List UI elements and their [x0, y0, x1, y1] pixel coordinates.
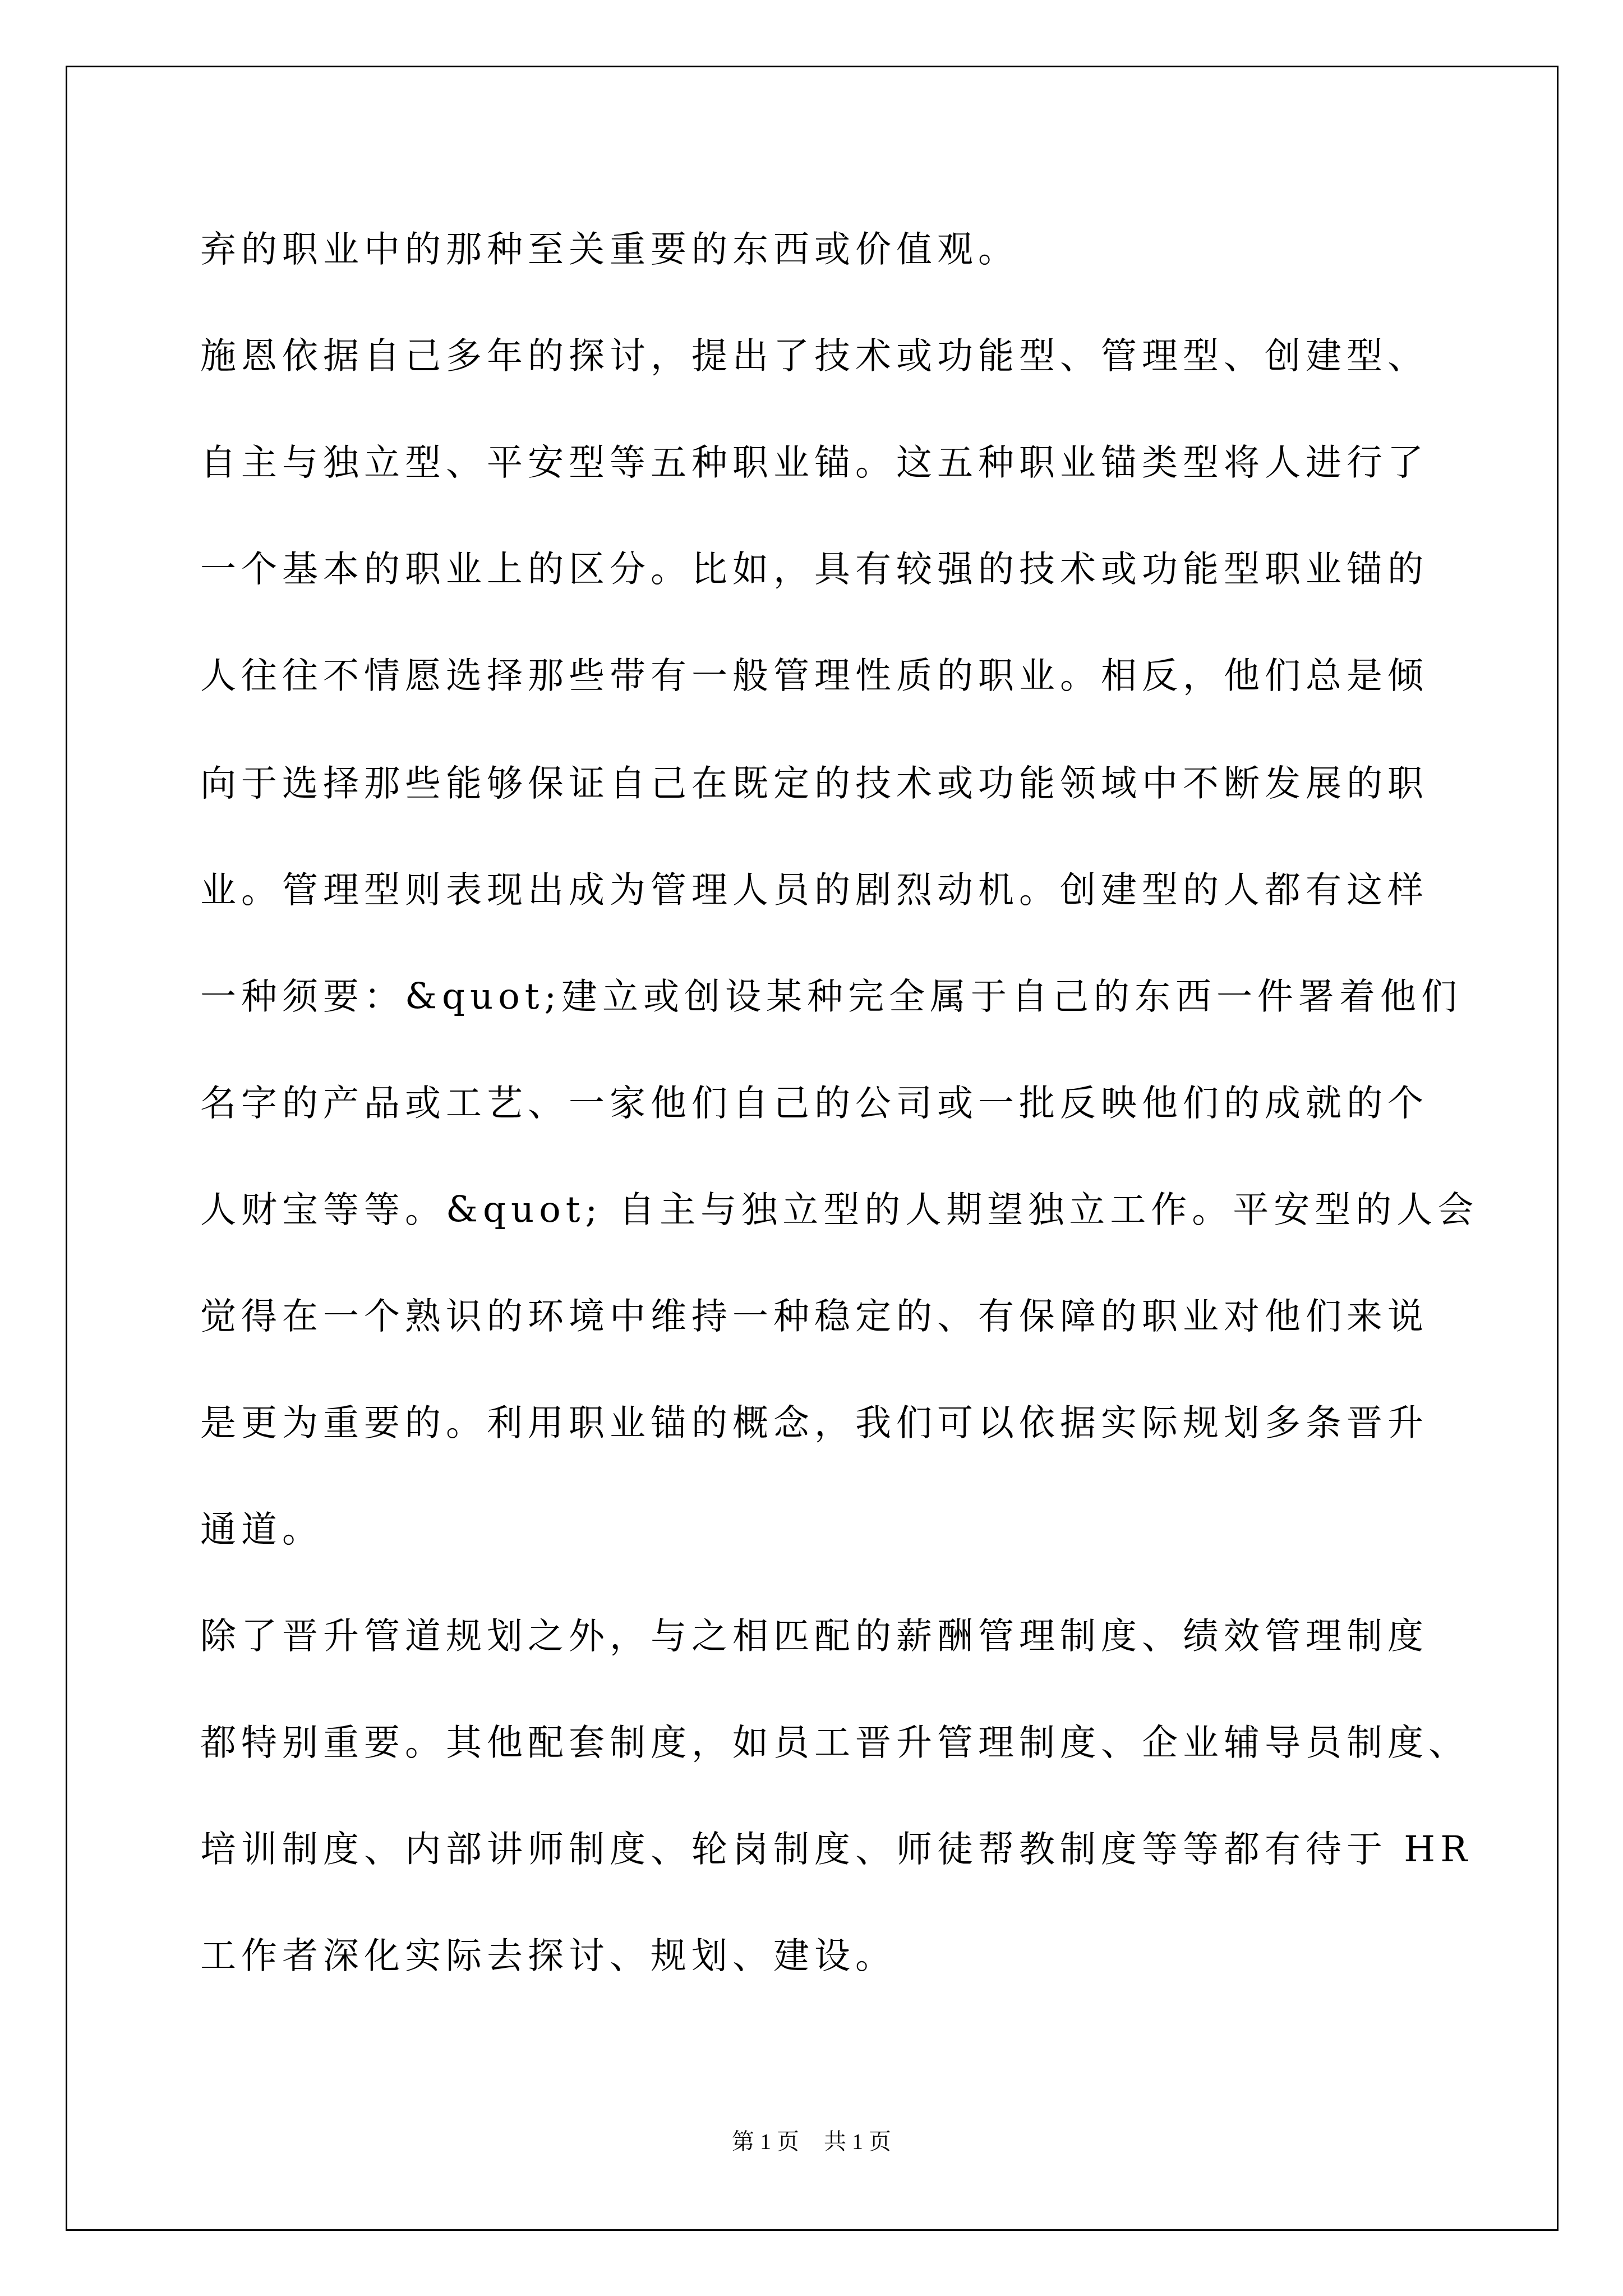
text-line: 人往往不情愿选择那些带有一般管理性质的职业。相反，他们总是倾: [200, 654, 1428, 698]
text-line: 人财宝等等。&quot; 自主与独立型的人期望独立工作。平安型的人会: [200, 1188, 1478, 1232]
text-line: 都特别重要。其他配套制度，如员工晋升管理制度、企业辅导员制度、: [200, 1720, 1469, 1765]
text-line: 是更为重要的。利用职业锚的概念，我们可以依据实际规划多条晋升: [200, 1401, 1428, 1446]
text-line: 向于选择那些能够保证自己在既定的技术或功能领域中不断发展的职: [200, 761, 1428, 806]
page-border: [66, 66, 1559, 2231]
text-line: 弃的职业中的那种至关重要的东西或价值观。: [200, 227, 1019, 272]
text-line: 觉得在一个熟识的环境中维持一种稳定的、有保障的职业对他们来说: [200, 1294, 1428, 1339]
text-line: 工作者深化实际去探讨、规划、建设。: [200, 1934, 896, 1978]
page-number-total: 共 1 页: [824, 2128, 891, 2156]
text-line: 除了晋升管道规划之外，与之相匹配的薪酬管理制度、绩效管理制度: [200, 1614, 1428, 1659]
text-line: 培训制度、内部讲师制度、轮岗制度、师徒帮教制度等等都有待于 HR: [200, 1827, 1472, 1872]
text-line: 通道。: [200, 1507, 323, 1552]
text-line: 业。管理型则表现出成为管理人员的剧烈动机。创建型的人都有这样: [200, 868, 1428, 913]
text-line: 一个基本的职业上的区分。比如，具有较强的技术或功能型职业锚的: [200, 547, 1428, 592]
text-line: 一种须要：&quot;建立或创设某种完全属于自己的东西一件署着他们: [200, 974, 1462, 1019]
text-line: 施恩依据自己多年的探讨，提出了技术或功能型、管理型、创建型、: [200, 334, 1428, 379]
text-line: 名字的产品或工艺、一家他们自己的公司或一批反映他们的成就的个: [200, 1081, 1428, 1126]
text-line: 自主与独立型、平安型等五种职业锚。这五种职业锚类型将人进行了: [200, 440, 1428, 485]
page-number-current: 第 1 页: [732, 2128, 799, 2156]
page-footer: 第 1 页共 1 页: [0, 2128, 1623, 2156]
